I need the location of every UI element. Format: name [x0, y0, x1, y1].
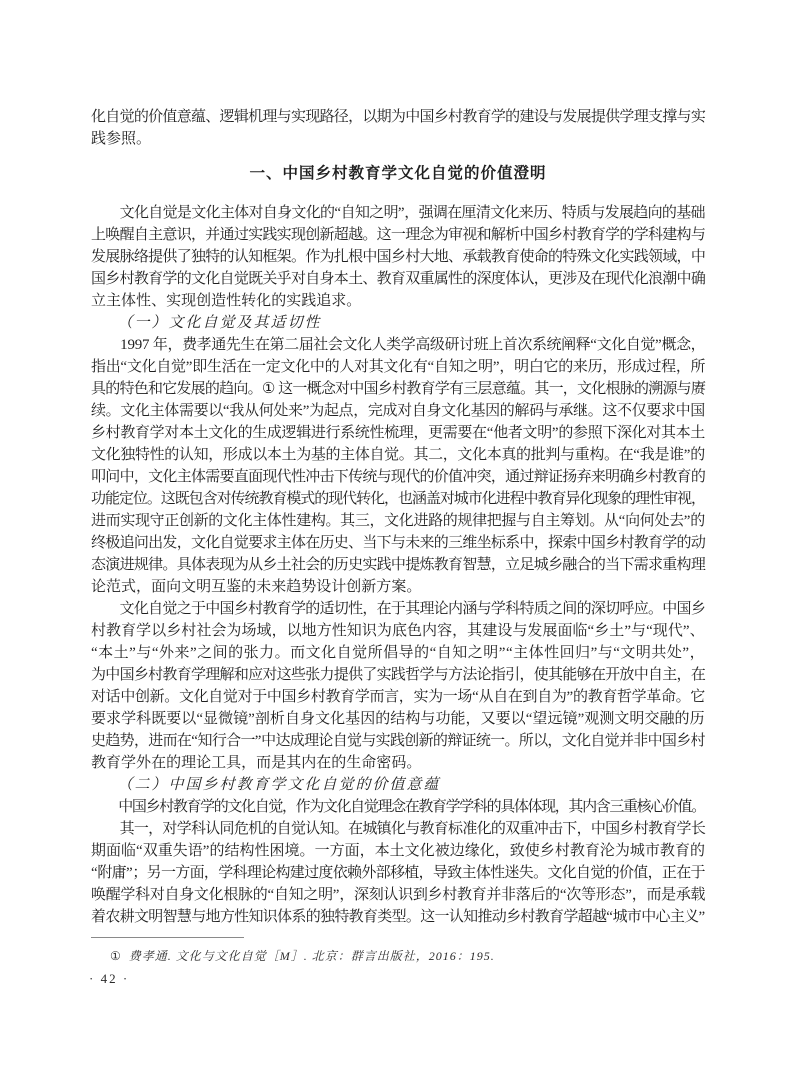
- text-line: 论范式，面向文明互鉴的未来趋势设计创新方案。: [91, 576, 705, 598]
- text-line: 为中国乡村教育学理解和应对这些张力提供了实践哲学与方法论指引，使其能够在开放中自…: [91, 664, 705, 686]
- footnote-text: 费孝通. 文化与文化自觉［M］. 北京：群言出版社，2016：195.: [129, 949, 495, 963]
- text-line: “本土”与“外来”之间的张力。而文化自觉所倡导的“自知之明”“主体性回归”与“文…: [91, 642, 705, 664]
- text-line: 要求学科既要以“显微镜”剖析自身文化基因的结构与功能，又要以“望远镜”观测文明交…: [91, 708, 705, 730]
- text-line: 期面临“双重失语”的结构性困境。一方面，本土文化被边缘化，致使乡村教育沦为城市教…: [91, 840, 705, 862]
- text-line: 唤醒学科对自身文化根脉的“自知之明”，深刻认识到乡村教育并非落后的“次等形态”，…: [91, 884, 705, 906]
- text-line: 立主体性、实现创造性转化的实践追求。: [91, 290, 705, 312]
- text-line: 践参照。: [91, 128, 705, 150]
- text-line: 着农耕文明智慧与地方性知识体系的独特教育类型。这一认知推动乡村教育学超越“城市中…: [91, 906, 705, 928]
- text-line: 其一，对学科认同危机的自觉认知。在城镇化与教育标准化的双重冲击下，中国乡村教育学…: [91, 818, 705, 840]
- text-line: 指出“文化自觉”即生活在一定文化中的人对其文化有“自知之明”，明白它的来历，形成…: [91, 356, 705, 378]
- footnote-marker: ①: [110, 949, 122, 963]
- text-line: 村教育学以乡村社会为场域，以地方性知识为底色内容，其建设与发展面临“乡土”与“现…: [91, 620, 705, 642]
- section-1-heading: 一、中国乡村教育学文化自觉的价值澄明: [91, 163, 705, 185]
- text-line: 史趋势，进而在“知行合一”中达成理论自觉与实践创新的辩证统一。所以，文化自觉并非…: [91, 730, 705, 752]
- paragraph-aptness: 文化自觉之于中国乡村教育学的适切性，在于其理论内涵与学科特质之间的深切呼应。中国…: [91, 598, 705, 774]
- text-line: 文化自觉是文化主体对自身文化的“自知之明”，强调在厘清文化来历、特质与发展趋向的…: [91, 202, 705, 224]
- text-line: “附庸”；另一方面，学科理论构建过度依赖外部移植，导致主体性迷失。文化自觉的价值…: [91, 862, 705, 884]
- text-line: 上唤醒自主意识，并通过实践实现创新超越。这一理念为审视和解析中国乡村教育学的学科…: [91, 224, 705, 246]
- paragraph-three-core-values: 中国乡村教育学的文化自觉，作为文化自觉理念在教育学学科的具体体现，其内含三重核心…: [91, 796, 705, 818]
- page-number: · 42 ·: [89, 971, 129, 987]
- paragraph-first-value: 其一，对学科认同危机的自觉认知。在城镇化与教育标准化的双重冲击下，中国乡村教育学…: [91, 818, 705, 928]
- text-line: 文化自觉之于中国乡村教育学的适切性，在于其理论内涵与学科特质之间的深切呼应。中国…: [91, 598, 705, 620]
- text-line: 对话中创新。文化自觉对于中国乡村教育学而言，实为一场“从自在到自为”的教育哲学革…: [91, 686, 705, 708]
- text-line: 叩问中，文化主体需要直面现代性冲击下传统与现代的价值冲突，通过辩证扬弃来明确乡村…: [91, 466, 705, 488]
- text-line: 1997 年，费孝通先生在第二届社会文化人类学高级研讨班上首次系统阐释“文化自觉…: [91, 334, 705, 356]
- text-line: 具的特色和它发展的趋向。① 这一概念对中国乡村教育学有三层意蕴。其一，文化根脉的…: [91, 378, 705, 400]
- subsection-1-heading: （一）文化自觉及其适切性: [91, 312, 705, 334]
- intro-continuation-paragraph: 化自觉的价值意蕴、逻辑机理与实现路径，以期为中国乡村教育学的建设与发展提供学理支…: [91, 106, 705, 150]
- footnote-divider: [91, 937, 244, 938]
- footnote-1: ①费孝通. 文化与文化自觉［M］. 北京：群言出版社，2016：195.: [110, 948, 495, 964]
- text-line: 中国乡村教育学的文化自觉，作为文化自觉理念在教育学学科的具体体现，其内含三重核心…: [91, 796, 705, 818]
- paragraph-overview: 文化自觉是文化主体对自身文化的“自知之明”，强调在厘清文化来历、特质与发展趋向的…: [91, 202, 705, 312]
- text-line: 国乡村教育学的文化自觉既关乎对自身本土、教育双重属性的深度体认，更涉及在现代化浪…: [91, 268, 705, 290]
- text-line: 发展脉络提供了独特的认知框架。作为扎根中国乡村大地、承载教育使命的特殊文化实践领…: [91, 246, 705, 268]
- paragraph-fei-xiaotong-concept: 1997 年，费孝通先生在第二届社会文化人类学高级研讨班上首次系统阐释“文化自觉…: [91, 334, 705, 598]
- text-line: 进而实现守正创新的文化主体性建构。其三，文化进路的规律把握与自主筹划。从“向何处…: [91, 510, 705, 532]
- subsection-2-heading: （二）中国乡村教育学文化自觉的价值意蕴: [91, 774, 705, 796]
- text-line: 文化独特性的认知，形成以本土为基的主体自觉。其二，文化本真的批判与重构。在“我是…: [91, 444, 705, 466]
- text-line: 教育学外在的理论工具，而是其内在的生命密码。: [91, 752, 705, 774]
- text-line: 化自觉的价值意蕴、逻辑机理与实现路径，以期为中国乡村教育学的建设与发展提供学理支…: [91, 106, 705, 128]
- text-line: 终极追问出发，文化自觉要求主体在历史、当下与未来的三维坐标系中，探索中国乡村教育…: [91, 532, 705, 554]
- document-page: 化自觉的价值意蕴、逻辑机理与实现路径，以期为中国乡村教育学的建设与发展提供学理支…: [0, 0, 800, 1077]
- text-line: 功能定位。这既包含对传统教育模式的现代转化，也涵盖对城市化进程中教育异化现象的理…: [91, 488, 705, 510]
- text-line: 乡村教育学对本土文化的生成逻辑进行系统性梳理，更需要在“他者文明”的参照下深化对…: [91, 422, 705, 444]
- article-body: 化自觉的价值意蕴、逻辑机理与实现路径，以期为中国乡村教育学的建设与发展提供学理支…: [91, 106, 705, 928]
- text-line: 续。文化主体需要以“我从何处来”为起点，完成对自身文化基因的解码与承继。这不仅要…: [91, 400, 705, 422]
- text-line: 态演进规律。具体表现为从乡土社会的历史实践中提炼教育智慧，立足城乡融合的当下需求…: [91, 554, 705, 576]
